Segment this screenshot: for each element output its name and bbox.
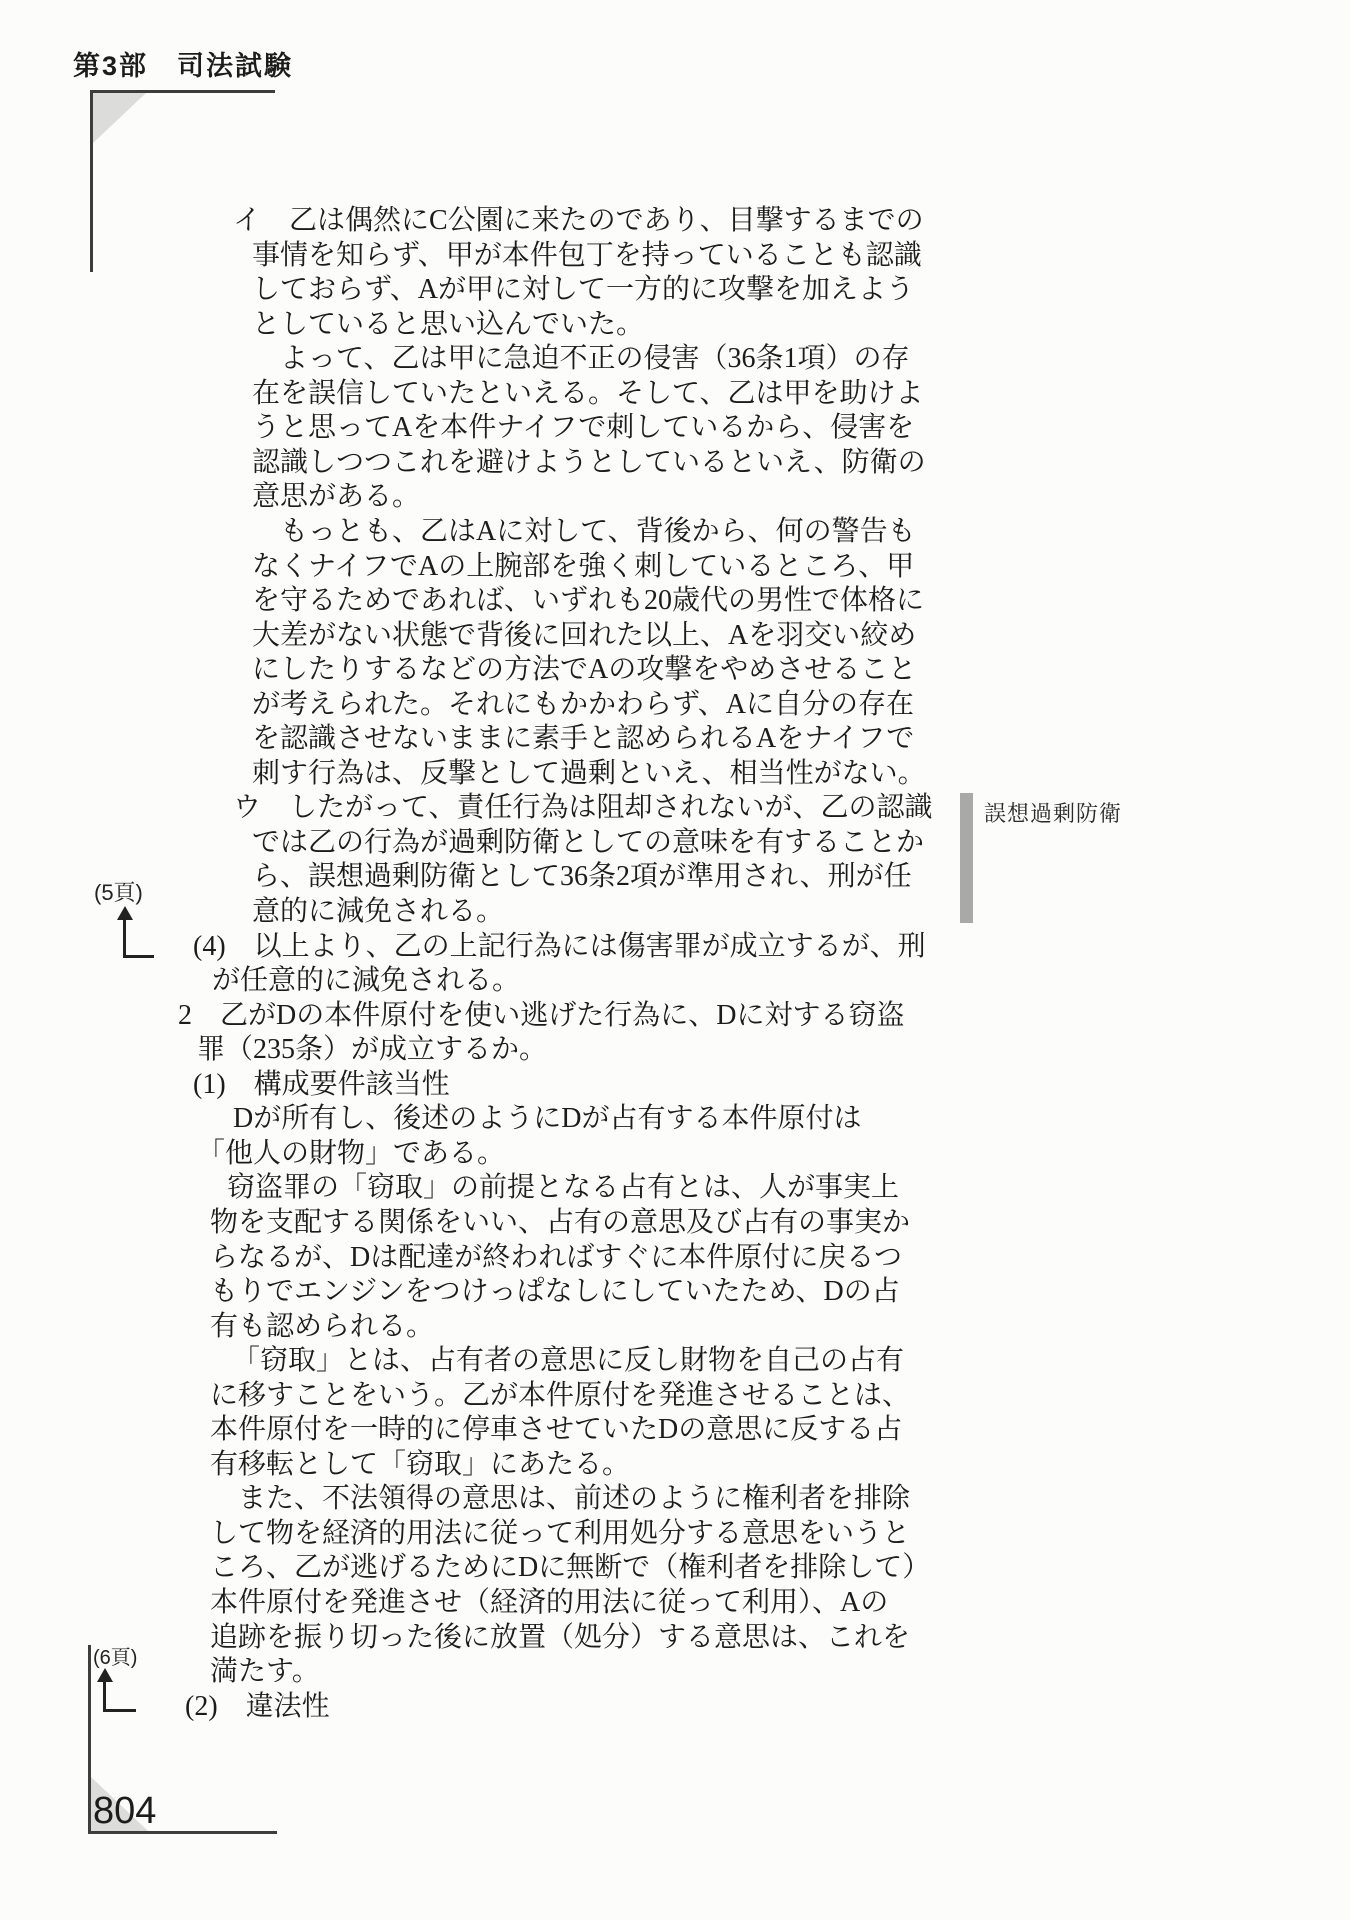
text-line: 意思がある。: [252, 480, 420, 514]
text-line: 刺す行為は、反撃として過剰といえ、相当性がない。: [252, 757, 926, 791]
text-line: に移すことをいう。乙が本件原付を発進させることは、: [210, 1379, 910, 1413]
highlight-bar: [960, 793, 973, 923]
text-line: 意的に減免される。: [252, 895, 504, 929]
top-corner-triangle: [93, 93, 146, 143]
text-line: 本件原付を一時的に停車させていたDの意思に反する占: [210, 1413, 902, 1447]
text-line: ウ したがって、責任行為は阻却されないが、乙の認識: [233, 791, 932, 825]
text-line: らなるが、Dは配達が終わればすぐに本件原付に戻るつ: [210, 1241, 902, 1275]
text-line: なくナイフでAの上腕部を強く刺しているところ、甲: [252, 550, 914, 584]
text-line: しておらず、Aが甲に対して一方的に攻撃を加えよう: [252, 273, 914, 307]
text-line: 「他人の財物」である。: [197, 1137, 505, 1171]
text-line: を認識させないままに素手と認められるAをナイフで: [252, 722, 914, 756]
top-vertical-rule: [90, 90, 93, 272]
text-line: 大差がない状態で背後に回れた以上、Aを羽交い絞め: [252, 619, 916, 653]
text-line: 有移転として「窃取」にあたる。: [210, 1448, 630, 1482]
text-line: よって、乙は甲に急迫不正の侵害（36条1項）の存: [252, 342, 909, 376]
text-line: を守るためであれば、いずれも20歳代の男性で体格に: [252, 584, 924, 618]
text-line: 在を誤信していたといえる。そして、乙は甲を助けよ: [252, 377, 923, 411]
text-line: では乙の行為が過剰防衛としての意味を有することか: [252, 826, 924, 860]
text-line: 満たす。: [210, 1655, 320, 1689]
text-line: (2) 違法性: [185, 1690, 330, 1724]
page-marker-top-label: (5頁): [94, 876, 143, 907]
text-line: 物を支配する関係をいい、占有の意思及び占有の事実か: [210, 1206, 910, 1240]
text-line: ころ、乙が逃げるためにDに無断で（権利者を排除して）: [210, 1551, 930, 1585]
text-line: 「窃取」とは、占有者の意思に反し財物を自己の占有: [232, 1344, 904, 1378]
text-line: もっとも、乙はAに対して、背後から、何の警告も: [252, 515, 916, 549]
text-line: にしたりするなどの方法でAの攻撃をやめさせること: [252, 653, 916, 687]
bottom-vertical-rule: [88, 1645, 91, 1834]
text-line: また、不法領得の意思は、前述のように権利者を排除: [210, 1482, 910, 1516]
chapter-header: 第3部 司法試験: [73, 44, 293, 83]
text-line: 認識しつつこれを避けようとしているといえ、防衛の: [252, 446, 926, 480]
text-line: うと思ってAを本件ナイフで刺しているから、侵害を: [252, 411, 914, 445]
text-line: Dが所有し、後述のようにDが占有する本件原付は: [205, 1102, 861, 1136]
text-line: イ 乙は偶然にC公園に来たのであり、目撃するまでの: [233, 204, 924, 238]
text-line: 有も認められる。: [210, 1310, 434, 1344]
book-page: 第3部 司法試験 イ 乙は偶然にC公園に来たのであり、目撃するまでの事情を知らず…: [0, 0, 1350, 1920]
text-line: もりでエンジンをつけっぱなしにしていたため、Dの占: [210, 1275, 900, 1309]
top-horizontal-rule: [90, 90, 275, 93]
text-line: 窃盗罪の「窃取」の前提となる占有とは、人が事実上: [199, 1171, 899, 1205]
text-line: 追跡を振り切った後に放置（処分）する意思は、これを: [210, 1621, 910, 1655]
page-marker-bottom-label: (6頁): [93, 1641, 137, 1670]
text-line: としていると思い込んでいた。: [252, 308, 644, 342]
text-line: 事情を知らず、甲が本件包丁を持っていることも認識: [252, 239, 922, 273]
text-line: が考えられた。それにもかかわらず、Aに自分の存在: [252, 688, 914, 722]
text-line: 罪（235条）が成立するか。: [197, 1033, 547, 1067]
text-line: (1) 構成要件該当性: [193, 1068, 450, 1102]
text-line: 2 乙がDの本件原付を使い逃げた行為に、Dに対する窃盗: [178, 999, 904, 1033]
text-line: ら、誤想過剰防衛として36条2項が準用され、刑が任: [252, 860, 912, 894]
margin-note-label: 誤想過剰防衛: [984, 797, 1122, 828]
text-line: 本件原付を発進させ（経済的用法に従って利用）、Aの: [210, 1586, 888, 1620]
text-line: (4) 以上より、乙の上記行為には傷害罪が成立するが、刑: [193, 930, 926, 964]
text-line: が任意的に減免される。: [212, 964, 520, 998]
page-number: 804: [93, 1790, 156, 1833]
text-line: して物を経済的用法に従って利用処分する意思をいうと: [210, 1517, 910, 1551]
